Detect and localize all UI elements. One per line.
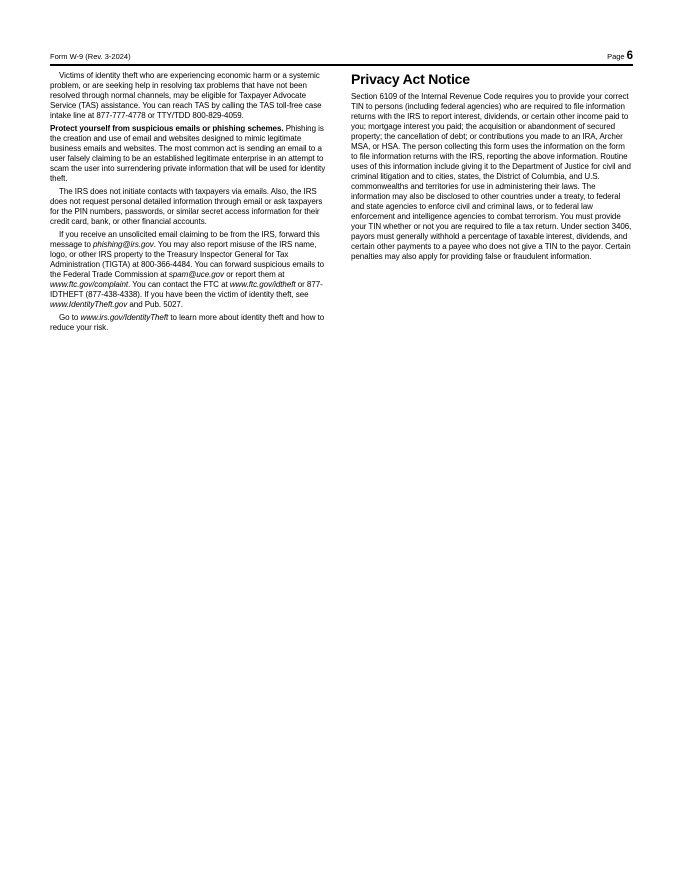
page-indicator: Page 6 bbox=[607, 52, 633, 61]
paragraph-phishing-protect: Protect yourself from suspicious emails … bbox=[50, 124, 332, 184]
paragraph-privacy-act-body: Section 6109 of the Internal Revenue Cod… bbox=[351, 92, 633, 262]
right-column: Privacy Act Notice Section 6109 of the I… bbox=[351, 71, 633, 336]
two-column-body: Victims of identity theft who are experi… bbox=[50, 71, 633, 336]
document-page: Form W-9 (Rev. 3-2024) Page 6 Victims of… bbox=[0, 0, 680, 880]
paragraph-report-phishing: If you receive an unsolicited email clai… bbox=[50, 230, 332, 310]
left-column: Victims of identity theft who are experi… bbox=[50, 71, 332, 336]
page-number: 6 bbox=[627, 52, 633, 61]
privacy-act-notice-heading: Privacy Act Notice bbox=[351, 72, 633, 87]
page-header: Form W-9 (Rev. 3-2024) Page 6 bbox=[50, 52, 633, 66]
paragraph-tas-victims: Victims of identity theft who are experi… bbox=[50, 71, 332, 121]
form-revision-label: Form W-9 (Rev. 3-2024) bbox=[50, 52, 131, 61]
page-word: Page bbox=[607, 52, 625, 61]
paragraph-irs-no-contact: The IRS does not initiate contacts with … bbox=[50, 187, 332, 227]
paragraph-identity-theft-link: Go to www.irs.gov/IdentityTheft to learn… bbox=[50, 313, 332, 333]
